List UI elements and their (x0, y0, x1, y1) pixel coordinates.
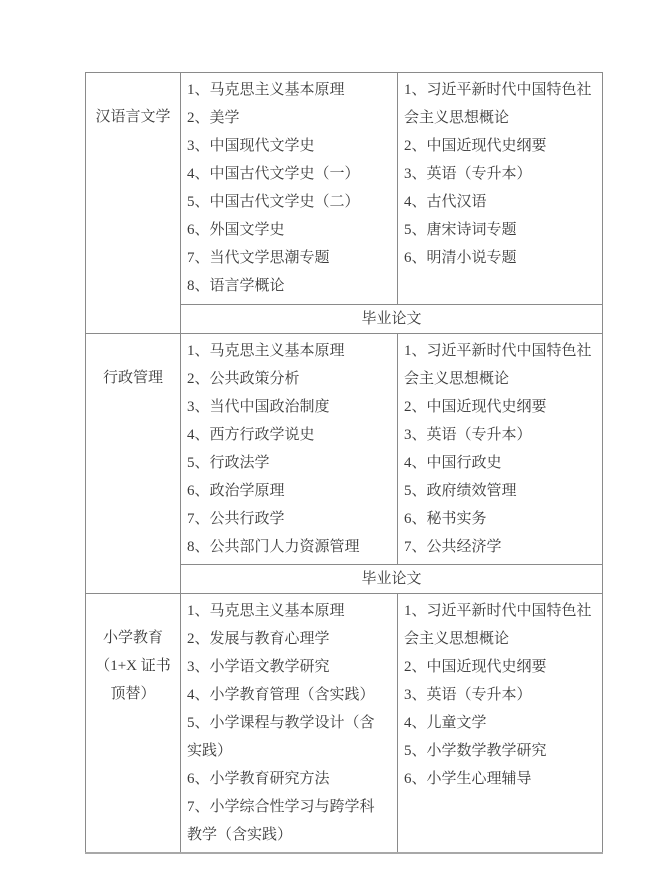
course-item: 8、语言学概论 (187, 272, 385, 300)
course-item: 1、习近平新时代中国特色社会主义思想概论 (404, 597, 596, 653)
major-label: 汉语言文学 (95, 109, 170, 125)
course-item: 2、中国近现代史纲要 (404, 132, 596, 160)
major-row-hanyuyanwenxue: 汉语言文学 1、马克思主义基本原理2、美学3、中国现代文学史4、中国古代文学史（… (86, 73, 603, 305)
course-item: 2、美学 (187, 104, 385, 132)
course-list-cell: 1、马克思主义基本原理2、美学3、中国现代文学史4、中国古代文学史（一）5、中国… (181, 73, 398, 305)
course-item: 3、英语（专升本） (404, 160, 596, 188)
major-cell: 汉语言文学 (86, 73, 181, 334)
course-item: 7、公共经济学 (404, 533, 596, 561)
thesis-label: 毕业论文 (361, 311, 421, 327)
course-item: 1、马克思主义基本原理 (187, 76, 385, 104)
course-item: 1、习近平新时代中国特色社会主义思想概论 (404, 76, 596, 132)
course-item: 6、政治学原理 (187, 477, 385, 505)
document-page: 汉语言文学 1、马克思主义基本原理2、美学3、中国现代文学史4、中国古代文学史（… (0, 0, 663, 889)
major-row-xingzhengguanli: 行政管理 1、马克思主义基本原理2、公共政策分析3、当代中国政治制度4、西方行政… (86, 334, 603, 565)
major-label: 小学教育 （1+X 证书 顶替） (95, 630, 171, 702)
course-item: 8、公共部门人力资源管理 (187, 533, 385, 561)
course-item: 4、儿童文学 (404, 709, 596, 737)
major-row-xiaoxuejiaoyu: 小学教育 （1+X 证书 顶替） 1、马克思主义基本原理2、发展与教育心理学3、… (86, 594, 603, 854)
course-item: 6、小学教育研究方法 (187, 765, 385, 793)
course-item: 4、中国古代文学史（一） (187, 160, 385, 188)
course-item: 2、中国近现代史纲要 (404, 393, 596, 421)
course-table: 汉语言文学 1、马克思主义基本原理2、美学3、中国现代文学史4、中国古代文学史（… (85, 72, 603, 854)
course-item: 3、小学语文教学研究 (187, 653, 385, 681)
course-item: 2、中国近现代史纲要 (404, 653, 596, 681)
thesis-cell: 毕业论文 (181, 565, 603, 594)
course-item: 3、英语（专升本） (404, 421, 596, 449)
thesis-label: 毕业论文 (361, 571, 421, 587)
thesis-cell: 毕业论文 (181, 305, 603, 334)
course-item: 7、小学综合性学习与跨学科教学（含实践） (187, 793, 385, 849)
course-item: 3、英语（专升本） (404, 681, 596, 709)
course-item: 2、发展与教育心理学 (187, 625, 385, 653)
course-item: 6、小学生心理辅导 (404, 765, 596, 793)
course-item: 1、马克思主义基本原理 (187, 337, 385, 365)
course-item: 6、明清小说专题 (404, 244, 596, 272)
course-item: 7、当代文学思潮专题 (187, 244, 385, 272)
course-item: 5、行政法学 (187, 449, 385, 477)
major-cell: 小学教育 （1+X 证书 顶替） (86, 594, 181, 854)
course-list-cell: 1、马克思主义基本原理2、公共政策分析3、当代中国政治制度4、西方行政学说史5、… (181, 334, 398, 565)
course-item: 1、习近平新时代中国特色社会主义思想概论 (404, 337, 596, 393)
course-item: 4、古代汉语 (404, 188, 596, 216)
major-cell: 行政管理 (86, 334, 181, 594)
course-list-cell: 1、习近平新时代中国特色社会主义思想概论2、中国近现代史纲要3、英语（专升本）4… (398, 73, 603, 305)
course-item: 7、公共行政学 (187, 505, 385, 533)
course-item: 4、小学教育管理（含实践） (187, 681, 385, 709)
course-item: 5、小学课程与教学设计（含实践） (187, 709, 385, 765)
course-list-cell: 1、马克思主义基本原理2、发展与教育心理学3、小学语文教学研究4、小学教育管理（… (181, 594, 398, 854)
course-item: 5、唐宋诗词专题 (404, 216, 596, 244)
major-label: 行政管理 (103, 370, 163, 386)
course-item: 1、马克思主义基本原理 (187, 597, 385, 625)
course-item: 4、中国行政史 (404, 449, 596, 477)
course-item: 5、小学数学教学研究 (404, 737, 596, 765)
course-item: 2、公共政策分析 (187, 365, 385, 393)
course-item: 5、中国古代文学史（二） (187, 188, 385, 216)
course-item: 6、秘书实务 (404, 505, 596, 533)
course-item: 3、中国现代文学史 (187, 132, 385, 160)
course-list-cell: 1、习近平新时代中国特色社会主义思想概论2、中国近现代史纲要3、英语（专升本）4… (398, 594, 603, 854)
course-item: 5、政府绩效管理 (404, 477, 596, 505)
course-item: 3、当代中国政治制度 (187, 393, 385, 421)
course-item: 4、西方行政学说史 (187, 421, 385, 449)
course-item: 6、外国文学史 (187, 216, 385, 244)
course-list-cell: 1、习近平新时代中国特色社会主义思想概论2、中国近现代史纲要3、英语（专升本）4… (398, 334, 603, 565)
